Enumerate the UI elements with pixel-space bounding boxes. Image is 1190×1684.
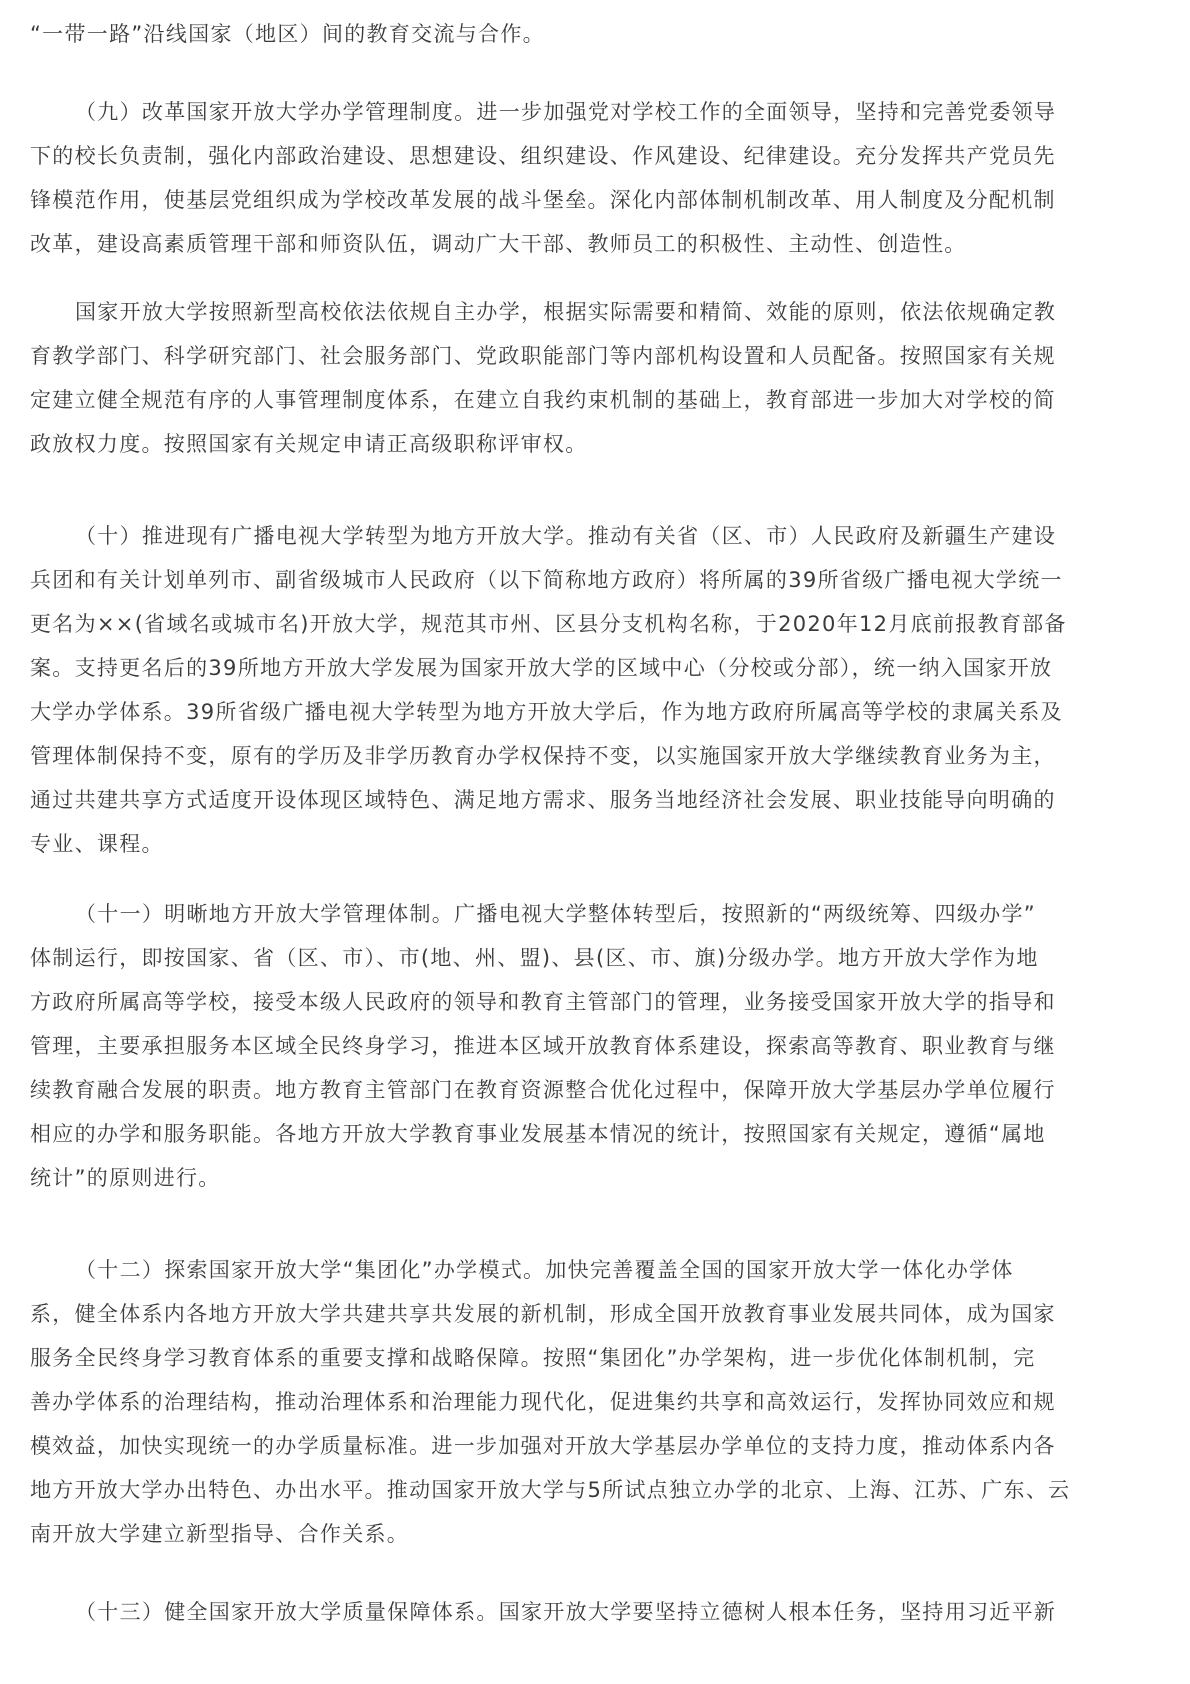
text-line: 育教学部门、科学研究部门、社会服务部门、党政职能部门等内部机构设置和人员配备。按… <box>30 334 1170 378</box>
text-line: 锋模范作用，使基层党组织成为学校改革发展的战斗堡垒。深化内部体制机制改革、用人制… <box>30 178 1170 222</box>
paragraph-continuation: “一带一路”沿线国家（地区）间的教育交流与合作。 <box>30 12 1170 56</box>
text-line: 相应的办学和服务职能。各地方开放大学教育事业发展基本情况的统计，按照国家有关规定… <box>30 1112 1170 1156</box>
text-line: 更名为××(省域名或城市名)开放大学，规范其市州、区县分支机构名称，于2020年… <box>30 602 1170 646</box>
text-line: 地方开放大学办出特色、办出水平。推动国家开放大学与5所试点独立办学的北京、上海、… <box>30 1468 1170 1512</box>
text-line: 模效益，加快实现统一的办学质量标准。进一步加强对开放大学基层办学单位的支持力度，… <box>30 1424 1170 1468</box>
text-line: （十一）明晰地方开放大学管理体制。广播电视大学整体转型后，按照新的“两级统筹、四… <box>30 892 1170 936</box>
paragraph-9-autonomy: 国家开放大学按照新型高校依法依规自主办学，根据实际需要和精简、效能的原则，依法依… <box>30 290 1170 466</box>
text-line: 体制运行，即按国家、省（区、市）、市(地、州、盟)、县(区、市、旗)分级办学。地… <box>30 936 1170 980</box>
paragraph-10-transformation: （十）推进现有广播电视大学转型为地方开放大学。推动有关省（区、市）人民政府及新疆… <box>30 514 1170 866</box>
text-line: 兵团和有关计划单列市、副省级城市人民政府（以下简称地方政府）将所属的39所省级广… <box>30 558 1170 602</box>
text-line: 改革，建设高素质管理干部和师资队伍，调动广大干部、教师员工的积极性、主动性、创造… <box>30 222 1170 266</box>
text-line: 管理体制保持不变，原有的学历及非学历教育办学权保持不变，以实施国家开放大学继续教… <box>30 734 1170 778</box>
text-line: 管理，主要承担服务本区域全民终身学习，推进本区域开放教育体系建设，探索高等教育、… <box>30 1024 1170 1068</box>
text-line: 方政府所属高等学校，接受本级人民政府的领导和教育主管部门的管理，业务接受国家开放… <box>30 980 1170 1024</box>
paragraph-12-group-model: （十二）探索国家开放大学“集团化”办学模式。加快完善覆盖全国的国家开放大学一体化… <box>30 1248 1170 1556</box>
paragraph-9-reform-management: （九）改革国家开放大学办学管理制度。进一步加强党对学校工作的全面领导，坚持和完善… <box>30 90 1170 266</box>
paragraph-11-management-system: （十一）明晰地方开放大学管理体制。广播电视大学整体转型后，按照新的“两级统筹、四… <box>30 892 1170 1200</box>
text-line: （九）改革国家开放大学办学管理制度。进一步加强党对学校工作的全面领导，坚持和完善… <box>30 90 1170 134</box>
text-line: 通过共建共享方式适度开设体现区域特色、满足地方需求、服务当地经济社会发展、职业技… <box>30 778 1170 822</box>
text-line: 政放权力度。按照国家有关规定申请正高级职称评审权。 <box>30 422 1170 466</box>
text-line: 南开放大学建立新型指导、合作关系。 <box>30 1512 1170 1556</box>
text-line: 专业、课程。 <box>30 822 1170 866</box>
text-line: 续教育融合发展的职责。地方教育主管部门在教育资源整合优化过程中，保障开放大学基层… <box>30 1068 1170 1112</box>
text-line: 大学办学体系。39所省级广播电视大学转型为地方开放大学后，作为地方政府所属高等学… <box>30 690 1170 734</box>
text-line: 服务全民终身学习教育体系的重要支撑和战略保障。按照“集团化”办学架构，进一步优化… <box>30 1336 1170 1380</box>
text-line: 定建立健全规范有序的人事管理制度体系，在建立自我约束机制的基础上，教育部进一步加… <box>30 378 1170 422</box>
text-line: （十三）健全国家开放大学质量保障体系。国家开放大学要坚持立德树人根本任务，坚持用… <box>30 1590 1170 1634</box>
text-line: 统计”的原则进行。 <box>30 1156 1170 1200</box>
text-line: 善办学体系的治理结构，推动治理体系和治理能力现代化，促进集约共享和高效运行，发挥… <box>30 1380 1170 1424</box>
text-line: 案。支持更名后的39所地方开放大学发展为国家开放大学的区域中心（分校或分部），统… <box>30 646 1170 690</box>
text-line: （十）推进现有广播电视大学转型为地方开放大学。推动有关省（区、市）人民政府及新疆… <box>30 514 1170 558</box>
text-line: 系，健全体系内各地方开放大学共建共享共发展的新机制，形成全国开放教育事业发展共同… <box>30 1292 1170 1336</box>
text-line: （十二）探索国家开放大学“集团化”办学模式。加快完善覆盖全国的国家开放大学一体化… <box>30 1248 1170 1292</box>
paragraph-13-quality-assurance: （十三）健全国家开放大学质量保障体系。国家开放大学要坚持立德树人根本任务，坚持用… <box>30 1590 1170 1634</box>
text-line: 国家开放大学按照新型高校依法依规自主办学，根据实际需要和精简、效能的原则，依法依… <box>30 290 1170 334</box>
text-line: “一带一路”沿线国家（地区）间的教育交流与合作。 <box>30 12 1170 56</box>
text-line: 下的校长负责制，强化内部政治建设、思想建设、组织建设、作风建设、纪律建设。充分发… <box>30 134 1170 178</box>
